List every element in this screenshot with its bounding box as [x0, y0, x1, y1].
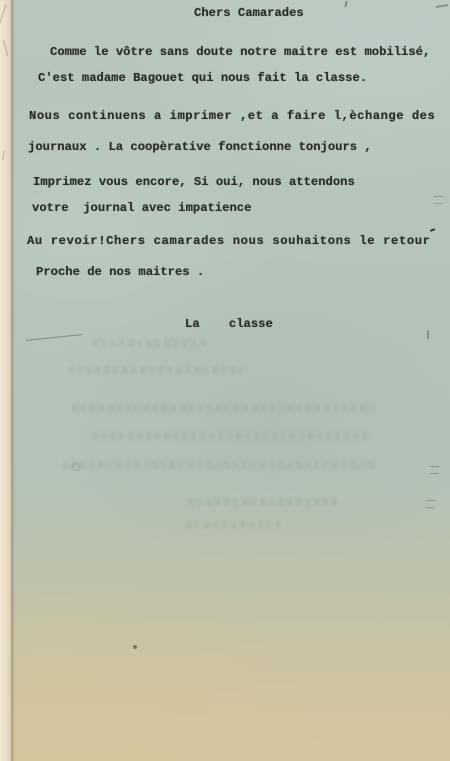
ghost-impression: [188, 498, 338, 506]
ink-speck: [133, 645, 137, 649]
ink-speck: [344, 1, 347, 7]
letter-line: journaux . La coopèrative fonctionne ton…: [28, 140, 372, 155]
ghost-impression: [92, 339, 207, 347]
letter-line: Comme le vôtre sans doute notre maitre e…: [50, 45, 430, 60]
letter-line: votre journal avec impatience: [32, 201, 251, 216]
ghost-impression: [68, 366, 243, 374]
stray-ink-mark: [436, 4, 448, 7]
letter-line: Proche de nos maitres .: [36, 265, 204, 280]
margin-mark: [426, 500, 435, 508]
scanned-letter-page: Chers Camarades Comme le vôtre sans dout…: [0, 0, 450, 761]
letter-title: Chers Camarades: [194, 6, 304, 21]
ghost-impression: [72, 404, 372, 412]
edge-crease: [0, 4, 6, 25]
edge-crease: [2, 150, 5, 160]
letter-line: Imprimez vous encore, Si oui, nous atten…: [33, 175, 355, 190]
page-edge-shadow: [11, 0, 15, 761]
aged-paper-fade: [0, 521, 450, 761]
stray-accent-mark: [430, 228, 435, 232]
edge-crease: [3, 40, 8, 56]
letter-line: C'est madame Bagouet qui nous fait la cl…: [38, 71, 367, 86]
ghost-impression: [92, 432, 372, 440]
letter-signature: La classe: [185, 317, 273, 332]
ghost-impression: [186, 521, 281, 529]
ghost-impression: [62, 461, 377, 469]
letter-line: Nous continuens a imprimer ,et a faire l…: [29, 109, 435, 124]
margin-mark: [430, 466, 439, 474]
letter-line: Au revoir!Chers camarades nous souhaiton…: [27, 234, 431, 249]
page-left-edge: [0, 0, 11, 761]
pencil-scratch: [26, 334, 82, 341]
margin-mark: [434, 196, 443, 204]
margin-mark: [427, 330, 429, 339]
